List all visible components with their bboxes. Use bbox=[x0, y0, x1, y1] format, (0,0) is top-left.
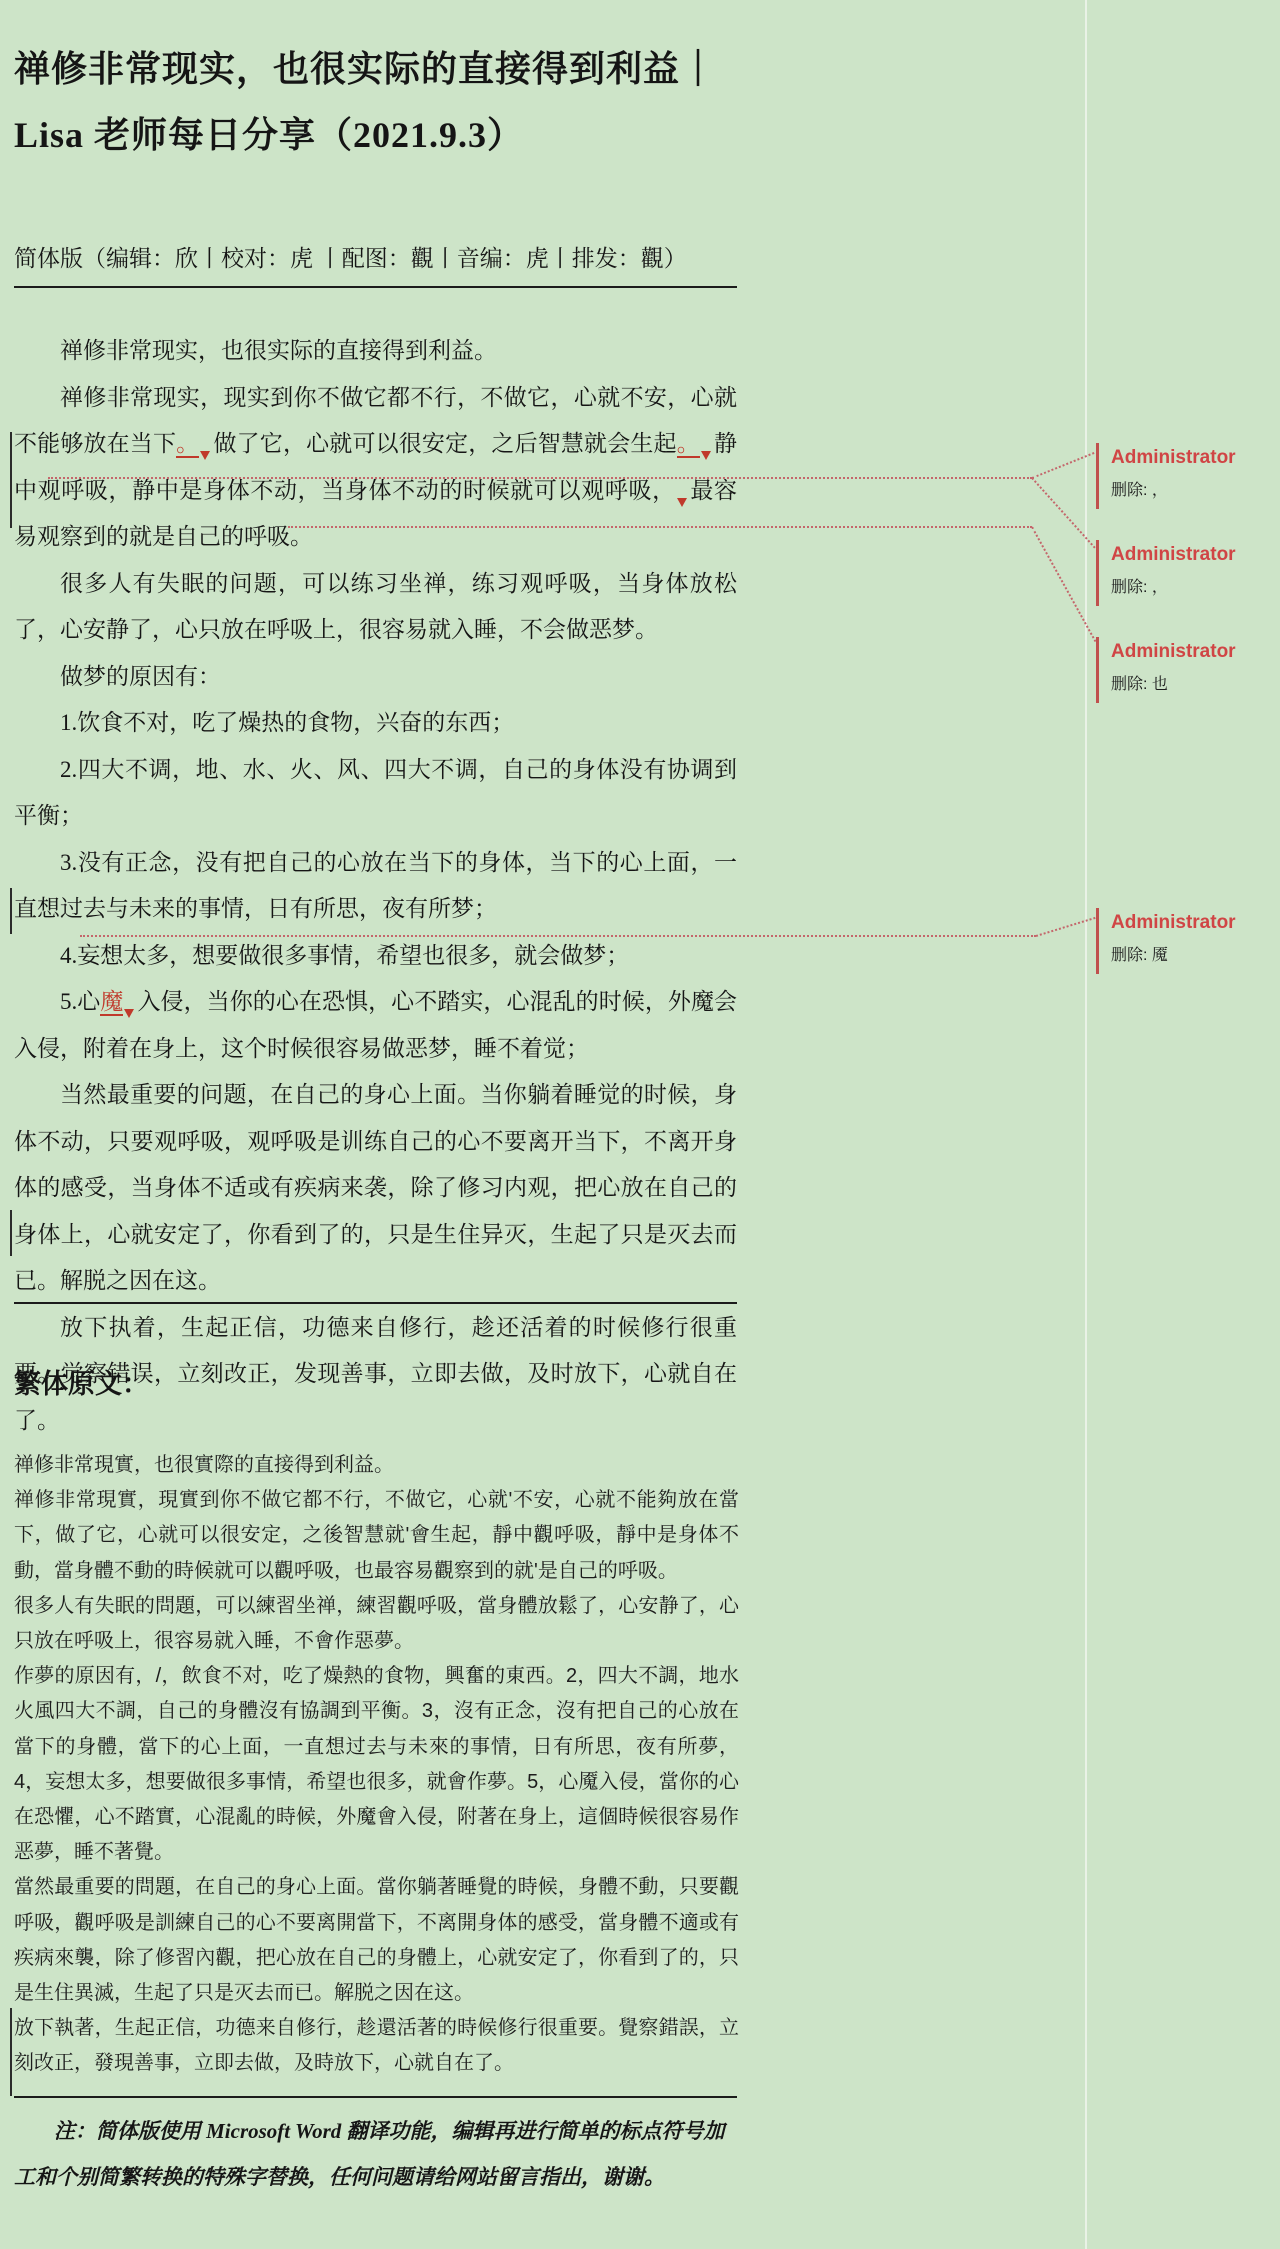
body-paragraph[interactable]: 1.饮食不对，吃了燥热的食物，兴奋的东西； bbox=[14, 700, 737, 747]
body-paragraph[interactable]: 禅修非常现实，也很实际的直接得到利益。 bbox=[14, 328, 737, 375]
markup-area-separator bbox=[1085, 0, 1087, 2249]
inserted-text: 。 bbox=[677, 431, 700, 458]
revision-anchor-icon bbox=[701, 451, 711, 460]
traditional-paragraph[interactable]: 禅修非常現實，也很實際的直接得到利益。 bbox=[14, 1448, 739, 1483]
body-paragraph[interactable]: 5.心魔入侵，当你的心在恐惧，心不踏实，心混乱的时候，外魔会入侵，附着在身上，这… bbox=[14, 979, 737, 1072]
footer-note: 注：简体版使用 Microsoft Word 翻译功能，编辑再进行简单的标点符号… bbox=[14, 2108, 739, 2200]
review-comment[interactable]: Administrator删除: 魇 bbox=[1096, 908, 1280, 974]
text-run: 2.四大不调，地、水、火、风、四大不调，自己的身体没有协调到平衡； bbox=[14, 757, 737, 829]
divider bbox=[14, 1302, 737, 1304]
body-paragraph[interactable]: 2.四大不调，地、水、火、风、四大不调，自己的身体没有协调到平衡； bbox=[14, 747, 737, 840]
text-run: 做梦的原因有： bbox=[60, 664, 221, 689]
text-run: 1.饮食不对，吃了燥热的食物，兴奋的东西； bbox=[60, 710, 514, 735]
text-run: 禅修非常现实，也很实际的直接得到利益。 bbox=[60, 338, 497, 363]
traditional-body[interactable]: 禅修非常現實，也很實際的直接得到利益。禅修非常現實，現實到你不做它都不行，不做它… bbox=[14, 1448, 739, 2082]
body-paragraph[interactable]: 做梦的原因有： bbox=[14, 654, 737, 701]
text-run: 3.没有正念，没有把自己的心放在当下的身体，当下的心上面，一直想过去与未来的事情… bbox=[14, 850, 737, 922]
comment-author: Administrator bbox=[1111, 639, 1280, 665]
document-page: 禅修非常现实，也很实际的直接得到利益｜Lisa 老师每日分享（2021.9.3）… bbox=[0, 0, 1280, 2249]
body-paragraph[interactable]: 很多人有失眠的问题，可以练习坐禅，练习观呼吸，当身体放松了，心安静了，心只放在呼… bbox=[14, 561, 737, 654]
revision-anchor-icon bbox=[200, 451, 210, 460]
change-bar bbox=[10, 2008, 12, 2096]
traditional-section-heading: 繁体原文： bbox=[14, 1362, 149, 1401]
body-paragraph[interactable]: 3.没有正念，没有把自己的心放在当下的身体，当下的心上面，一直想过去与未来的事情… bbox=[14, 840, 737, 933]
revision-connector-line bbox=[288, 526, 1032, 528]
change-bar bbox=[10, 888, 12, 934]
inserted-text: 魔 bbox=[100, 989, 123, 1016]
revision-anchor-icon bbox=[677, 498, 687, 507]
text-run: 4.妄想太多，想要做很多事情，希望也很多，就会做梦； bbox=[60, 943, 629, 968]
comment-deletion-text: 删除: ， bbox=[1111, 576, 1280, 600]
article-body[interactable]: 禅修非常现实，也很实际的直接得到利益。禅修非常现实，现实到你不做它都不行，不做它… bbox=[14, 328, 737, 1444]
traditional-paragraph[interactable]: 放下執著，生起正信，功德来自修行，趁還活著的時候修行很重要。覺察錯誤，立刻改正，… bbox=[14, 2011, 739, 2081]
text-run: 做了它，心就可以很安定，之后智慧就会生起 bbox=[213, 431, 676, 456]
change-bar bbox=[10, 1210, 12, 1256]
review-comment[interactable]: Administrator删除: ， bbox=[1096, 443, 1280, 509]
comment-deletion-text: 删除: ， bbox=[1111, 479, 1280, 503]
comment-deletion-text: 删除: 魇 bbox=[1111, 944, 1280, 968]
traditional-paragraph[interactable]: 當然最重要的問題，在自己的身心上面。當你躺著睡覺的時候，身體不動，只要觀呼吸，觀… bbox=[14, 1870, 739, 2011]
text-run: 5.心 bbox=[60, 989, 100, 1014]
body-paragraph[interactable]: 4.妄想太多，想要做很多事情，希望也很多，就会做梦； bbox=[14, 933, 737, 980]
inserted-text: 。 bbox=[176, 431, 199, 458]
review-comment[interactable]: Administrator删除: 也 bbox=[1096, 637, 1280, 703]
review-comment[interactable]: Administrator删除: ， bbox=[1096, 540, 1280, 606]
comment-author: Administrator bbox=[1111, 910, 1280, 936]
body-paragraph[interactable]: 当然最重要的问题，在自己的身心上面。当你躺着睡觉的时候，身体不动，只要观呼吸，观… bbox=[14, 1072, 737, 1305]
byline: 简体版（编辑：欣丨校对：虎 丨配图：觀丨音编：虎丨排发：觀） bbox=[14, 244, 737, 274]
traditional-paragraph[interactable]: 很多人有失眠的問題，可以練習坐禅，練習觀呼吸，當身體放鬆了，心安静了，心只放在呼… bbox=[14, 1589, 739, 1659]
comment-author: Administrator bbox=[1111, 445, 1280, 471]
revision-connector-line bbox=[48, 477, 1032, 479]
divider bbox=[14, 2096, 737, 2098]
comment-deletion-text: 删除: 也 bbox=[1111, 673, 1280, 697]
traditional-paragraph[interactable]: 作夢的原因有，/，飲食不对，吃了燥熱的食物，興奮的東西。2，四大不調，地水火風四… bbox=[14, 1659, 739, 1870]
revision-anchor-icon bbox=[124, 1009, 134, 1018]
body-paragraph[interactable]: 禅修非常现实，现实到你不做它都不行，不做它，心就不安，心就不能够放在当下。做了它… bbox=[14, 375, 737, 561]
text-run: 当然最重要的问题，在自己的身心上面。当你躺着睡觉的时候，身体不动，只要观呼吸，观… bbox=[14, 1082, 737, 1293]
revision-connector-line bbox=[80, 935, 1036, 937]
comment-author: Administrator bbox=[1111, 542, 1280, 568]
traditional-paragraph[interactable]: 禅修非常現實，現實到你不做它都不行，不做它，心就'不安，心就不能夠放在當下，做了… bbox=[14, 1483, 739, 1589]
change-bar bbox=[10, 432, 12, 528]
page-title: 禅修非常现实，也很实际的直接得到利益｜Lisa 老师每日分享（2021.9.3） bbox=[14, 36, 754, 168]
divider bbox=[14, 286, 737, 288]
text-run: 很多人有失眠的问题，可以练习坐禅，练习观呼吸，当身体放松了，心安静了，心只放在呼… bbox=[14, 571, 737, 643]
